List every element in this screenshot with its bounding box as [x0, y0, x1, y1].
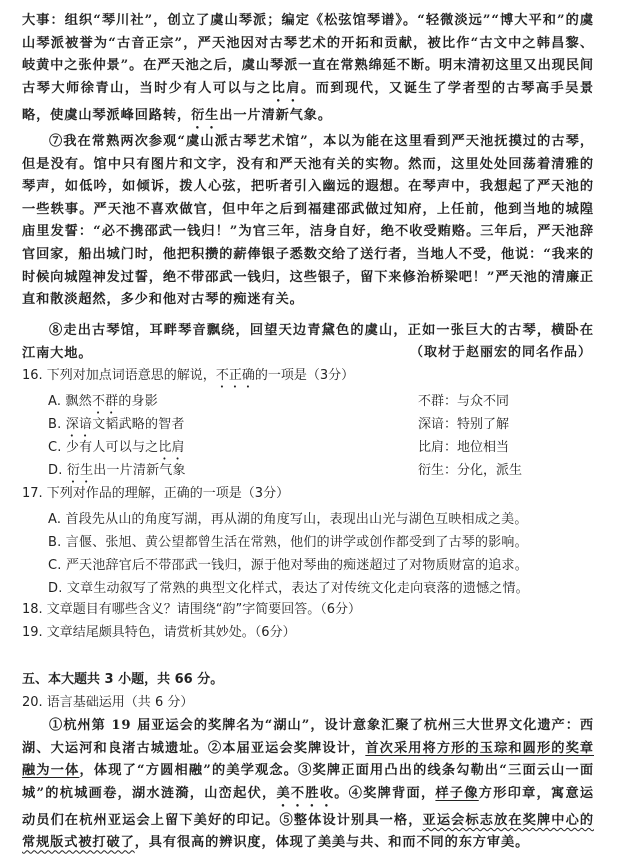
q17-option-b: B. 言偃、张旭、黄公望都曾生活在常熟，他们的讲学或创作都受到了古琴的影响。: [48, 531, 528, 550]
dotted-word: 比肩: [272, 81, 301, 96]
dotted-word: 美不胜收: [276, 786, 334, 801]
q16-gloss-b: 深谙：特别了解: [418, 413, 509, 432]
passage-paragraph-7: ⑦我在常熟两次参观“虞山派古琴艺术馆”，本以为能在这里看到严天池抚摸过的古琴，但…: [22, 131, 594, 312]
passage-text: 出一片清新气象。: [219, 108, 332, 123]
q16-gloss-c: 比肩：地位相当: [418, 436, 509, 455]
underlined-phrase: 样子像: [435, 786, 478, 801]
exam-page: 大事：组织“琴川社”，创立了虞山琴派；编定《松弦馆琴谱》。“轻微淡远”“博大平和…: [0, 0, 618, 863]
dotted-word: 深谙: [66, 417, 92, 432]
option-label: A.: [48, 394, 66, 409]
option-text: 飘然: [66, 394, 92, 409]
section-5-heading: 五、本大题共 3 小题，共 66 分。: [22, 670, 223, 690]
q17-option-d: D. 文章生动叙写了常熟的典型文化样式，表达了对传统文化走向衰落的遗憾之情。: [48, 577, 529, 596]
question-18: 18. 文章题目有哪些含义？请围绕“韵”字简要回答。（6分）: [22, 600, 361, 620]
q16-gloss-d: 衍生：分化，派生: [418, 459, 522, 478]
option-label: D.: [48, 463, 67, 478]
dotted-word: 不群: [92, 394, 118, 409]
dotted-word: 衍生: [191, 108, 219, 123]
passage-paragraph-6: 大事：组织“琴川社”，创立了虞山琴派；编定《松弦馆琴谱》。“轻微淡远”“博大平和…: [22, 10, 594, 132]
stem-text: 的一项是（3分）: [255, 368, 354, 383]
passage-text: 。④奖牌背面，: [334, 786, 435, 801]
q16-gloss-a: 不群：与众不同: [418, 390, 509, 409]
dotted-word: 比肩: [158, 440, 184, 455]
dotted-word: 衍生: [67, 463, 93, 478]
q17-option-c: C. 严天池辞官后不带邵武一钱归，源于他对琴曲的痴迷超过了对物质财富的追求。: [48, 554, 528, 573]
question-20-passage: ①杭州第 19 届亚运会的奖牌名为“湖山”，设计意象汇聚了杭州三大世界文化遗产：…: [22, 715, 594, 855]
question-16-stem: 16. 下列对加点词语意思的解说，不正确的一项是（3分）: [22, 366, 354, 391]
source-attribution: （取材于赵丽宏的同名作品）: [410, 343, 592, 363]
stem-text: 16. 下列对加点词语意思的解说，: [22, 368, 216, 383]
q17-option-a: A. 首段先从山的角度写湖，再从湖的角度写山，表现出山光与湖色互映相成之美。: [48, 508, 528, 527]
question-17-stem: 17. 下列对作品的理解，正确的一项是（3分）: [22, 484, 289, 504]
option-label: B.: [48, 417, 66, 432]
question-20-title: 20. 语言基础运用（共 6 分）: [22, 693, 193, 713]
option-text: 少有人可以与之: [66, 440, 158, 455]
question-19: 19. 文章结尾颇具特色，请赏析其妙处。（6分）: [22, 623, 296, 643]
q16-option-d: D. 衍生出一片清新气象: [48, 459, 186, 486]
option-text: 出一片清新气象: [93, 463, 185, 478]
option-text: 文韬武略的智者: [92, 417, 184, 432]
option-text: 的身影: [118, 394, 158, 409]
option-label: C.: [48, 440, 66, 455]
passage-text: ，具有很高的辨识度，体现了美美与共、和而不同的东方审美。: [135, 835, 529, 850]
dotted-word: 不正确: [216, 368, 255, 383]
